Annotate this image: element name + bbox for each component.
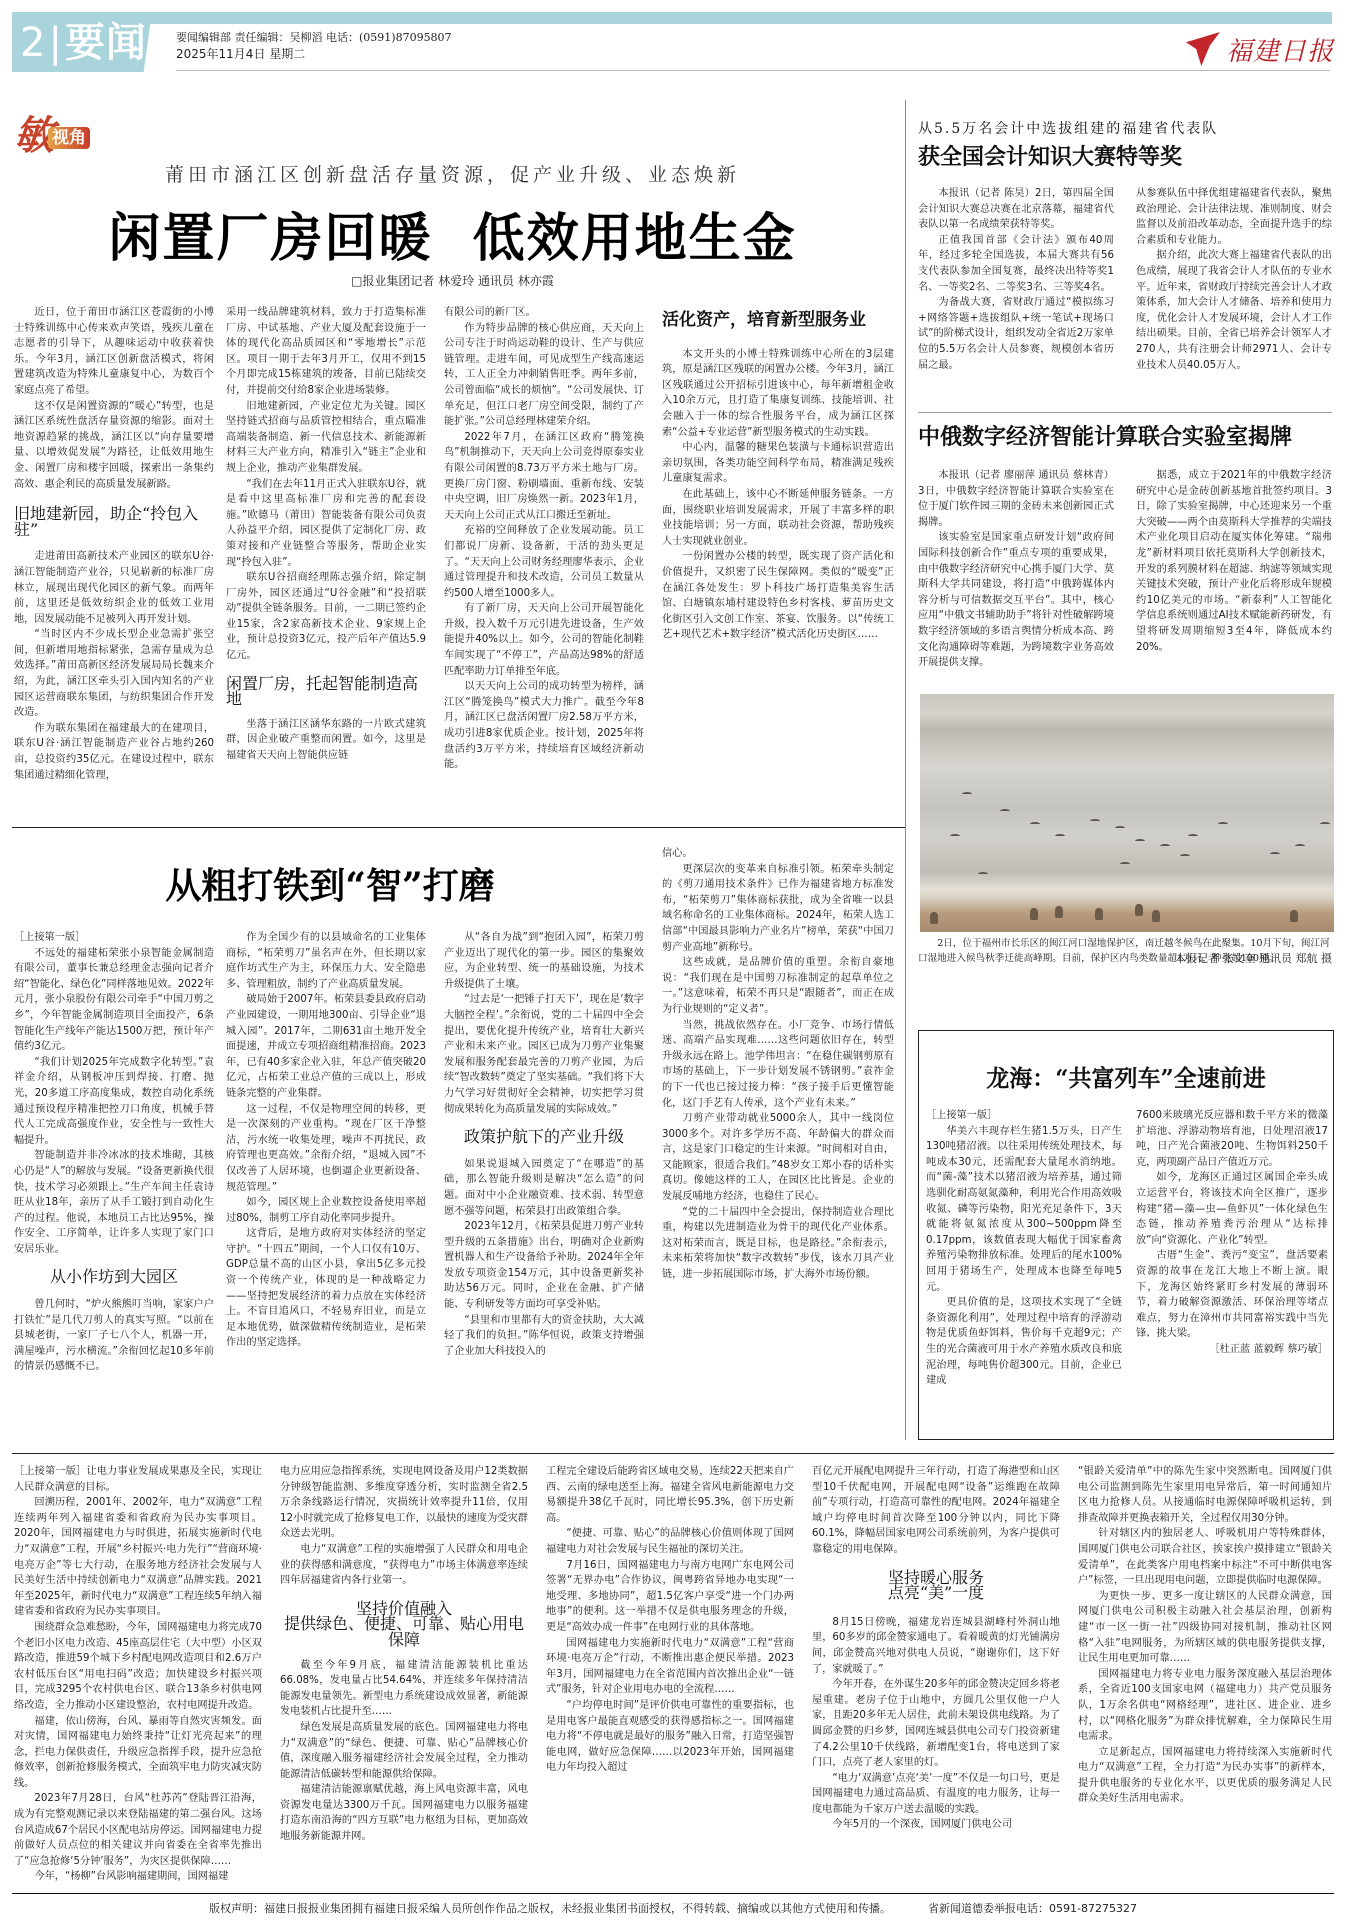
- story5-col-2: 7600米玻璃光反应器和数千平方米的微藻扩培池、浮游动物培育池，日处理沼液17吨…: [1136, 1108, 1328, 1358]
- story2-headline: 从粗打铁到“智”打磨: [0, 858, 660, 909]
- story5-headline: 龙海：“共富列车”全速前进: [918, 1060, 1334, 1093]
- footer-hotline: 省新闻道德委举报电话：0591-87275327: [928, 1902, 1137, 1915]
- paragraph: 这些成就，是品牌价值的重塑。余衔自豪地说：“我们现在是中国剪刀标准制定的起草单位…: [662, 955, 894, 1017]
- paragraph: 如果说退城入园奠定了“在哪造”的基础，那么智能升级则是解决“怎么造”的问题。面对…: [444, 1157, 644, 1219]
- paragraph: 曾几何时，“炉火熊熊叮当响，家家户户打铁忙”是几代刀剪人的真实写照。“以前在县城…: [14, 1297, 214, 1375]
- date-line: 2025年11月4日 星期二: [176, 46, 452, 62]
- paragraph: 围绕群众急难愁盼，今年，国网福建电力将完成70个老旧小区电力改造、45座高层住宅…: [14, 1620, 262, 1714]
- header-accent-bar: [12, 12, 1332, 24]
- paragraph: 刀剪产业带动就业5000余人，其中一线岗位3000多个。对许多学历不高、年龄偏大…: [662, 1111, 894, 1205]
- paragraph: 在此基础上，该中心不断延伸服务链条。一方面，围绕职业培训发展需求，开展了丰富多样…: [662, 487, 894, 549]
- paragraph: 有限公司的新厂区。: [444, 305, 644, 321]
- paragraph: 破局始于2007年。柘荣县委县政府启动产业园建设，一期用地300亩、引导企业“退…: [226, 992, 426, 1101]
- story3-col-2: 从参赛队伍中择优组建福建省代表队，聚焦政治理论、会计法律法规、准则制度、财会监督…: [1136, 186, 1332, 373]
- lead-section-heading-1: 旧地建新园，助企“拎包入驻”: [14, 506, 214, 537]
- paragraph: 据悉，成立于2021年的中俄数字经济研究中心是金砖创新基地首批签约项目。3日，除…: [1136, 468, 1332, 655]
- lead-section-heading-2: 闲置厂房，托起智能制造高地: [226, 676, 426, 707]
- lead-headline: 闲置厂房回暖 低效用地生金: [0, 196, 905, 271]
- paragraph: “便捷、可靠、贴心”的品牌核心价值则体现了国网福建电力对社会发展与民生福祉的深切…: [546, 1526, 794, 1557]
- logo-text: 福建日报: [1226, 31, 1334, 68]
- paragraph: 国网福建电力将专业电力服务深度融入基层治理体系，全省近100支国家电网（福建电力…: [1078, 1667, 1332, 1745]
- divider-story3: [918, 412, 1332, 413]
- column-divider-main: [905, 100, 906, 1440]
- story2-col-4: 信心。 更深层次的变革来自标准引领。柘荣牵头制定的《剪刀通用技术条件》已作为福建…: [662, 846, 894, 1283]
- paragraph: “户均停电时间”是评价供电可靠性的重要指标，也是用电客户最能直观感受的获得感指标…: [546, 1698, 794, 1776]
- editor-line: 要闻编辑部 责任编辑：吴柳滔 电话：(0591)87095807: [176, 30, 452, 46]
- paragraph: 这不仅是闲置资源的“暖心”转型，也是涵江区系统性盘活存量资源的缩影。面对土地资源…: [14, 399, 214, 493]
- lead-byline: □报业集团记者 林爱玲 通讯员 林亦霞: [0, 272, 905, 289]
- story4-col-2: 据悉，成立于2021年的中俄数字经济研究中心是金砖创新基地首批签约项目。3日，除…: [1136, 468, 1332, 655]
- paragraph: 作为特步品牌的核心供应商，天天向上公司专注于时尚运动鞋的设计、生产与供应链管理。…: [444, 321, 644, 430]
- section-line-2: 提供绿色、便捷、可靠、贴心用电保障: [280, 1616, 528, 1647]
- lead-col-1: 近日，位于莆田市涵江区苍霞街的小博士特殊训练中心传来欢声笑语，残疾儿童在志愿者的…: [14, 305, 214, 783]
- section-line-2: 点亮“美”一度: [812, 1585, 1060, 1601]
- paragraph: 如今，龙海区正通过区属国企牵头成立运营平台，将该技术向全区推广，逐步构建“猪—藻…: [1136, 1170, 1328, 1248]
- paragraph: 更深层次的变革来自标准引领。柘荣牵头制定的《剪刀通用技术条件》已作为福建省地方标…: [662, 862, 894, 956]
- paragraph: 国网福建电力实施新时代电力“双满意”工程“营商环境·电亮万企”行动，不断推出惠企…: [546, 1636, 794, 1698]
- story2-col-3: 从“各自为战”到“抱团入园”，柘荣刀剪产业迈出了现代化的第一步。园区的集聚效应，…: [444, 930, 644, 1359]
- paragraph: 近日，位于莆田市涵江区苍霞街的小博士特殊训练中心传来欢声笑语，残疾儿童在志愿者的…: [14, 305, 214, 399]
- paragraph: 电力应用应急指挥系统，实现电网设备及用户12类数据分钟级智能监测、多维度穿透分析…: [280, 1464, 528, 1542]
- paragraph: 2022年7月，在涵江区政府“腾笼换鸟”机制推动下，天天向上公司竞得原泰实业有限…: [444, 430, 644, 524]
- paragraph: 今年开春，在外谋生20多年的邱金赞决定回乡将老屋重建。老房子位于山地中，方圆几公…: [812, 1677, 1060, 1771]
- paragraph: 7600米玻璃光反应器和数千平方米的微藻扩培池、浮游动物培育池，日处理沼液17吨…: [1136, 1108, 1328, 1170]
- section-name: 要闻: [65, 20, 147, 66]
- lead-col-2: 采用一线品牌建筑材料，致力于打造集标准厂房、中试基地、产业大厦及配套设施于一体的…: [226, 305, 426, 764]
- paragraph: 今年，“杨柳”台风影响福建期间，国网福建: [14, 1869, 262, 1885]
- paragraph: 绿色发展是高质量发展的底色。国网福建电力将电力“双满意”的“绿色、便捷、可靠、贴…: [280, 1720, 528, 1782]
- photo-caption: 2日，位于福州市长乐区的闽江河口湿地保护区，南迁越冬候鸟在此聚集。10月下旬，闽…: [918, 936, 1332, 966]
- paragraph: 本报讯（记者 陈昊）2日，第四届全国会计知识大赛总决赛在北京落幕，福建省代表队以…: [918, 186, 1114, 233]
- paragraph: 作为全国少有的以县域命名的工业集体商标，“柘荣剪刀”虽名声在外，但长期以家庭作坊…: [226, 930, 426, 992]
- logo-mark-icon: [1186, 32, 1220, 66]
- paragraph: “银龄关爱清单”中的陈先生家中突然断电。国网厦门供电公司监测到陈先生家里用电异常…: [1078, 1464, 1332, 1526]
- story6-col-2: 电力应用应急指挥系统，实现电网设备及用户12类数据分钟级智能监测、多维度穿透分析…: [280, 1464, 528, 1845]
- paragraph: 采用一线品牌建筑材料，致力于打造集标准厂房、中试基地、产业大厦及配套设施于一体的…: [226, 305, 426, 399]
- paragraph: 7月16日，国网福建电力与南方电网广东电网公司签署“无界办电”合作协议，闽粤跨省…: [546, 1558, 794, 1636]
- paragraph: “电力‘双满意’点亮‘美’一度”不仅是一句口号，更是国网福建电力通过高品质、有温…: [812, 1771, 1060, 1818]
- story2-section-heading-2: 政策护航下的产业升级: [444, 1129, 644, 1145]
- story5-authors: ［杜正蓝 蓝毅辉 蔡巧敏］: [1136, 1342, 1328, 1358]
- source-tag: ［上接第一版］: [14, 930, 214, 946]
- kicker-logo: 敏视角: [14, 104, 96, 161]
- page-number: 2: [20, 20, 46, 66]
- story6-col-5: “银龄关爱清单”中的陈先生家中突然断电。国网厦门供电公司监测到陈先生家里用电异常…: [1078, 1464, 1332, 1807]
- paragraph: “县里和市里都有大的资金扶助，大大减轻了我们的负担。”陈华恒说，政策支持增强了企…: [444, 1313, 644, 1360]
- paragraph: 2023年7月28日，台风“杜苏芮”登陆晋江沿海，成为有完整观测记录以来登陆福建…: [14, 1791, 262, 1869]
- paragraph: 走进莆田高新技术产业园区的联东U谷·涵江智能制造产业谷，只见崭新的标准厂房林立，…: [14, 549, 214, 627]
- paragraph: 这背后，是地方政府对实体经济的坚定守护。“十四五”期间，一个人口仅有10万、GD…: [226, 1226, 426, 1351]
- paragraph: 信心。: [662, 846, 894, 862]
- paragraph: 坐落于涵江区涵华东路的一片欧式建筑群，因企业破产重整而闲置。如今，这里是福建省天…: [226, 717, 426, 764]
- photo-wetland-birds: [920, 694, 1334, 932]
- paragraph: 当然，挑战依然存在。小厂竞争、市场行情低迷、高端产品实现难……这些问题依旧存在，…: [662, 1018, 894, 1112]
- footer-divider: [12, 1893, 1334, 1894]
- lead-col-3: 有限公司的新厂区。 作为特步品牌的核心供应商，天天向上公司专注于时尚运动鞋的设计…: [444, 305, 644, 773]
- story2-col-2: 作为全国少有的以县域命名的工业集体商标，“柘荣剪刀”虽名声在外，但长期以家庭作坊…: [226, 930, 426, 1351]
- newspaper-logo: 福建日报: [1186, 26, 1336, 72]
- story2-section-heading-1: 从小作坊到大园区: [14, 1269, 214, 1285]
- paragraph: 今年5月的一个深夜，国网厦门供电公司: [812, 1817, 1060, 1833]
- paragraph: 该实验室是国家重点研发计划“政府间国际科技创新合作”重点专项的重要成果，由中俄数…: [918, 530, 1114, 670]
- story3-col-1: 本报讯（记者 陈昊）2日，第四届全国会计知识大赛总决赛在北京落幕，福建省代表队以…: [918, 186, 1114, 373]
- paragraph: 百亿元开展配电网提升三年行动，打造了海港型和山区型10千伏配电网，开展配电网“设…: [812, 1464, 1060, 1558]
- story4-headline: 中俄数字经济智能计算联合实验室揭牌: [918, 420, 1292, 451]
- paragraph: 为备战大赛，省财政厅通过“模拟练习+网络答题+选拔组队+统一笔试+现场口试”的阶…: [918, 295, 1114, 373]
- paragraph: 2023年12月，《柘荣县促进刀剪产业转型升级的五条措施》出台，明确对企业新购置…: [444, 1219, 644, 1313]
- source-tag: ［上接第一版］: [926, 1108, 1122, 1124]
- paragraph: ［上接第一版］让电力事业发展成果惠及全民，实现让人民群众满意的目标。: [14, 1464, 262, 1495]
- story6-col-3: 工程完全建设后能跨省区域电交易，连续22天把来自广西、云南的绿电送至上海。福建全…: [546, 1464, 794, 1776]
- paragraph: 不远处的福建柘荣张小泉智能金属制造有限公司，董事长兼总经理金志强向记者介绍“智能…: [14, 946, 214, 1055]
- paragraph: 华美六丰现存栏生猪1.5万头，日产生130吨猪沼液。以往采用传统处理技术，每吨成…: [926, 1124, 1122, 1296]
- paragraph: “我们计划2025年完成数字化转型。”袁祥金介绍，从钢板冲压到焊接、打磨、抛光，…: [14, 1055, 214, 1149]
- paragraph: 充裕的空间释放了企业发展动能。员工们都说厂房新、设备新，干活的劲头更足了。“天天…: [444, 523, 644, 601]
- paragraph: 电力“双满意”工程的实施增强了人民群众和用电企业的获得感和满意度，“获得电力”市…: [280, 1542, 528, 1589]
- paragraph: 正值我国首部《会计法》颁布40周年，经过多轮全国选拔，本届大赛共有56支代表队参…: [918, 233, 1114, 295]
- paragraph: 本报讯（记者 廖丽萍 通讯员 蔡林青）3日，中俄数字经济智能计算联合实验室在位于…: [918, 468, 1114, 530]
- footer: 版权声明：福建日报报业集团拥有福建日报采编人员所创作作品之版权，未经报业集团书面…: [0, 1900, 1346, 1916]
- paragraph: “党的二十届四中全会提出，保持制造业合理比重，构建以先进制造业为骨干的现代化产业…: [662, 1205, 894, 1283]
- paragraph: 古厝“生金”、粪污“变宝”，盘活要素资源的故事在龙江大地上不断上演。眼下，龙海区…: [1136, 1248, 1328, 1342]
- paragraph: 中心内，温馨的糖果色装潢与卡通标识营造出亲切氛围，各类功能空间科学布局，精准满足…: [662, 440, 894, 487]
- divider-lower: [12, 1453, 1334, 1454]
- paragraph: “当时区内不少成长型企业急需扩张空间，但新增用地指标紧张，急需存量成为总效选择。…: [14, 627, 214, 721]
- paragraph: “我们在去年11月正式入驻联东U谷，就是看中这里高标准厂房和完善的配套设施。”欧…: [226, 477, 426, 571]
- lead-subhead: 莆田市涵江区创新盘活存量资源，促产业升级、业态焕新: [0, 160, 905, 187]
- header-meta: 要闻编辑部 责任编辑：吴柳滔 电话：(0591)87095807 2025年11…: [176, 30, 452, 62]
- paragraph: 这一过程，不仅是物理空间的转移，更是一次深刻的产业重构。“现在厂区干净整洁，污水…: [226, 1102, 426, 1196]
- divider-lead-bottom: [12, 827, 905, 828]
- paragraph: 从“各自为战”到“抱团入园”，柘荣刀剪产业迈出了现代化的第一步。园区的集聚效应，…: [444, 930, 644, 992]
- page-section-tab: 2|要闻: [12, 12, 152, 72]
- paragraph: 福建，依山傍海，台风、暴雨等自然灾害频发。面对灾情，国网福建电力始终秉持“让灯光…: [14, 1714, 262, 1792]
- paragraph: 福建清洁能源禀赋优越，海上风电资源丰富，风电资源发电量达3300万千瓦。国网福建…: [280, 1782, 528, 1844]
- paragraph: 8月15日傍晚，福建龙岩连城县湖峰村外洞山地里，60多岁的邱金赞家通电了。看着暖…: [812, 1615, 1060, 1677]
- story6-section-heading-1: 坚持价值融入 提供绿色、便捷、可靠、贴心用电保障: [280, 1601, 528, 1648]
- kicker-small: 视角: [48, 127, 90, 149]
- paragraph: 从参赛队伍中择优组建福建省代表队，聚焦政治理论、会计法律法规、准则制度、财会监督…: [1136, 186, 1332, 248]
- paragraph: 以天天向上公司的成功转型为榜样，涵江区“腾笼换鸟”模式大力推广。截至今年8月，涵…: [444, 679, 644, 773]
- paragraph: 为更快一步、更多一度让辖区的人民群众满意，国网厦门供电公司积极主动融入社会基层治…: [1078, 1589, 1332, 1667]
- paragraph: 针对辖区内的独居老人、呼吸机用户等特殊群体，国网厦门供电公司联合社区，挨家挨户摸…: [1078, 1526, 1332, 1588]
- story6-col-4: 百亿元开展配电网提升三年行动，打造了海港型和山区型10千伏配电网，开展配电网“设…: [812, 1464, 1060, 1833]
- paragraph: 立足新起点，国网福建电力将持续深入实施新时代电力“双满意”工程，全力打造“为民办…: [1078, 1745, 1332, 1807]
- paragraph: 智能制造并非冷冰冰的技术堆砌，其核心仍是“人”的解放与发展。“设备更新换代很快，…: [14, 1148, 214, 1257]
- paragraph: 一份闲置办公楼的转型，既实现了资产活化和价值提升，又织密了民生保障网。类似的“暖…: [662, 549, 894, 643]
- lead-col-4: 活化资产，培育新型服务业 本文开头的小博士特殊训练中心所在的3层建筑，原是涵江区…: [662, 305, 894, 643]
- paragraph: 截至今年9月底，福建清洁能源装机比重达66.08%，发电量占比54.64%，并连…: [280, 1658, 528, 1720]
- story3-headline: 获全国会计知识大赛特等奖: [918, 140, 1182, 171]
- paragraph: 回溯历程，2001年、2002年，电力“双满意”工程连续两年列入福建省委和省政府…: [14, 1495, 262, 1620]
- story3-subhead: 从5.5万名会计中选拔组建的福建省代表队: [918, 118, 1218, 138]
- paragraph: 作为联东集团在福建最大的在建项目，联东U谷·涵江智能制造产业谷占地约260亩，总…: [14, 721, 214, 783]
- header-divider: [176, 70, 1330, 71]
- paragraph: 如今，园区规上企业数控设备使用率超过80%，制剪工序自动化率同步提升。: [226, 1195, 426, 1226]
- paragraph: “过去是‘一把锤子打天下’，现在是‘数字大脑控全程’。”余衔说，党的二十届四中全…: [444, 992, 644, 1117]
- footer-copyright: 版权声明：福建日报报业集团拥有福建日报采编人员所创作作品之版权，未经报业集团书面…: [209, 1902, 891, 1915]
- story2-col-1: ［上接第一版］ 不远处的福建柘荣张小泉智能金属制造有限公司，董事长兼总经理金志强…: [14, 930, 214, 1375]
- story6-col-1: ［上接第一版］让电力事业发展成果惠及全民，实现让人民群众满意的目标。 回溯历程，…: [14, 1464, 262, 1885]
- paragraph: 据介绍，此次大赛上福建省代表队的出色成绩，展现了我省会计人才队伍的专业水平。近年…: [1136, 248, 1332, 373]
- story4-col-1: 本报讯（记者 廖丽萍 通讯员 蔡林青）3日，中俄数字经济智能计算联合实验室在位于…: [918, 468, 1114, 671]
- story5-col-1: ［上接第一版］ 华美六丰现存栏生猪1.5万头，日产生130吨猪沼液。以往采用传统…: [926, 1108, 1122, 1389]
- story6-section-heading-2: 坚持暖心服务 点亮“美”一度: [812, 1570, 1060, 1601]
- paragraph: 旧地建新园，产业定位尤为关键。园区坚持链式招商与品质管控相结合，重点瞄准高端装备…: [226, 399, 426, 477]
- paragraph: 本文开头的小博士特殊训练中心所在的3层建筑，原是涵江区残联的闲置办公楼。今年3月…: [662, 347, 894, 441]
- paragraph: 工程完全建设后能跨省区域电交易，连续22天把来自广西、云南的绿电送至上海。福建全…: [546, 1464, 794, 1526]
- paragraph: 联东U谷招商经理陈志强介绍，除定制厂房外，园区还通过“U谷金融”和“投招联动”提…: [226, 570, 426, 664]
- lead-section-heading-3: 活化资产，培育新型服务业: [662, 313, 894, 329]
- paragraph: 更具价值的是，这项技术实现了“全链条资源化利用”，处理过程中培育的浮游动物是优质…: [926, 1295, 1122, 1389]
- paragraph: 有了新厂房，天天向上公司开展智能化升级，投入数千万元引进先进设备，生产效能提升4…: [444, 601, 644, 679]
